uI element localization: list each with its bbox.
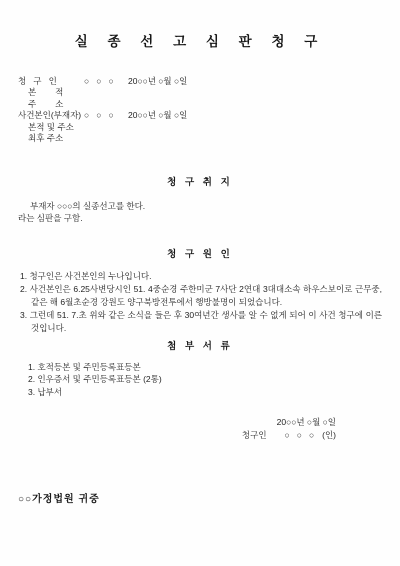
purpose-line-1: 부재자 ○○○의 실종선고를 한다. bbox=[30, 200, 400, 212]
petitioner-address-row: 주 소 bbox=[18, 99, 400, 111]
cause-heading: 청 구 원 인 bbox=[0, 249, 400, 261]
petitioner-registry-label: 본 적 bbox=[18, 87, 84, 99]
signature-petitioner-name-placeholder: ○ ○ ○ bbox=[285, 430, 315, 440]
petitioner-registry-row: 본 적 bbox=[18, 87, 400, 99]
signature-petitioner-label: 청구인 bbox=[242, 430, 267, 440]
addressed-court-name: ○○가정법원 귀중 bbox=[18, 494, 400, 506]
subject-row: 사건본인(부재자) ○ ○ ○ 20○○년 ○월 ○일 bbox=[18, 110, 400, 122]
subject-birthdate-placeholder: 20○○년 ○월 ○일 bbox=[128, 110, 400, 122]
attachments-heading: 첨 부 서 류 bbox=[0, 341, 400, 353]
cause-item: 1. 청구인은 사건본인의 누나입니다. bbox=[20, 270, 382, 283]
petitioner-label: 청 구 인 bbox=[18, 76, 84, 88]
document-title: 실 종 선 고 심 판 청 구 bbox=[0, 36, 400, 48]
signature-block: 20○○년 ○월 ○일 청구인○ ○ ○(인) bbox=[0, 416, 400, 442]
attachment-item: 2. 인우증서 및 주민등록표등본 (2통) bbox=[28, 373, 400, 386]
party-info-block: 청 구 인 ○ ○ ○ 20○○년 ○월 ○일 본 적 주 소 사건본인(부재자… bbox=[18, 76, 400, 145]
attachments-list: 1. 호적등본 및 주민등록표등본 2. 인우증서 및 주민등록표등본 (2통)… bbox=[28, 361, 400, 399]
cause-item: 3. 그런데 51. 7.초 위와 같은 소식을 들은 후 30여년간 생사를 … bbox=[20, 309, 382, 335]
attachment-item: 1. 호적등본 및 주민등록표등본 bbox=[28, 361, 400, 374]
petitioner-address-label: 주 소 bbox=[18, 99, 84, 111]
cause-item: 2. 사건본인은 6.25사변당시인 51. 4중순경 주한미군 7사단 2연대… bbox=[20, 283, 382, 309]
attachment-item: 3. 납부서 bbox=[28, 386, 400, 399]
purpose-heading: 청 구 취 지 bbox=[0, 177, 400, 189]
subject-label: 사건본인(부재자) bbox=[18, 110, 84, 122]
purpose-body: 부재자 ○○○의 실종선고를 한다. 라는 심판을 구함. bbox=[0, 200, 400, 224]
subject-name-placeholder: ○ ○ ○ bbox=[84, 110, 128, 122]
signature-row: 청구인○ ○ ○(인) bbox=[0, 429, 336, 442]
subject-registry-address-label: 본적 및 주소 bbox=[18, 122, 84, 134]
petitioner-birthdate-placeholder: 20○○년 ○월 ○일 bbox=[128, 76, 400, 88]
signature-date: 20○○년 ○월 ○일 bbox=[0, 416, 336, 429]
petitioner-name-placeholder: ○ ○ ○ bbox=[84, 76, 128, 88]
subject-registry-address-row: 본적 및 주소 bbox=[18, 122, 400, 134]
cause-list: 1. 청구인은 사건본인의 누나입니다. 2. 사건본인은 6.25사변당시인 … bbox=[20, 270, 382, 335]
purpose-line-2: 라는 심판을 구함. bbox=[18, 212, 400, 224]
petitioner-row: 청 구 인 ○ ○ ○ 20○○년 ○월 ○일 bbox=[18, 76, 400, 88]
subject-last-address-label: 최후 주소 bbox=[18, 133, 84, 145]
subject-last-address-row: 최후 주소 bbox=[18, 133, 400, 145]
petition-document-page: 실 종 선 고 심 판 청 구 청 구 인 ○ ○ ○ 20○○년 ○월 ○일 … bbox=[0, 0, 400, 566]
signature-seal-placeholder: (인) bbox=[322, 430, 336, 440]
